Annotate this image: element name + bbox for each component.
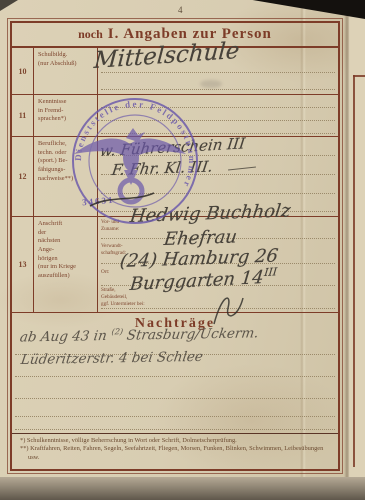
label-line: hörigen (38, 255, 95, 264)
sublabel-line: ggf. Untermieter bei: (101, 301, 145, 308)
handwriting-nachtrag-2: Lüderitzerstr. 4 bei Schlee (20, 349, 204, 368)
label-line: (nur im Kriege (38, 263, 95, 272)
header-prefix: noch (78, 27, 103, 42)
label-line: nächsten (38, 237, 95, 246)
feldpost-stamp: Dienststelle der Feldpostnummer (66, 92, 204, 230)
sublabel-line: Verwandt- (101, 243, 126, 250)
nachtrag-sup: (2) (111, 326, 124, 336)
table-surface-below-page (0, 477, 365, 500)
document-photo: 4 noch I. Angaben zur Person 10 Schulbil… (0, 0, 365, 500)
writing-line (15, 376, 335, 377)
label-line: Ange- (38, 246, 95, 255)
page-number: 4 (178, 5, 183, 15)
sublabel-ort: Ort: (101, 269, 109, 276)
row-number: 13 (12, 217, 34, 312)
footnotes: *) Schulkenntnisse, völlige Beherrschung… (12, 434, 338, 473)
row-number: 10 (12, 48, 34, 94)
page-gutter-shadow (344, 0, 350, 486)
label-line: auszufüllen) (38, 272, 95, 281)
row-label: Anschrift der nächsten Ange- hörigen (nu… (34, 217, 98, 312)
label-line: (nur Abschluß) (38, 60, 95, 69)
nachtrag-rest: Strasburg/Uckerm. (126, 325, 260, 343)
writing-line (101, 89, 335, 90)
facing-page-border-top (353, 75, 365, 77)
writing-line (15, 398, 335, 399)
strasse-etage-sup: III (264, 265, 278, 279)
row-label: Schulbildg. (nur Abschluß) (34, 48, 98, 94)
facing-page-sliver (349, 5, 365, 483)
row-number: 11 (12, 95, 34, 136)
footnote-2: **) Kraftfahren, Reiten, Fahren, Segeln,… (20, 445, 332, 462)
nachtrag-start: ab Aug 43 in (19, 328, 108, 346)
row-number: 12 (12, 137, 34, 216)
writing-line (101, 72, 335, 73)
sublabel-line: Gebäudeteil, (101, 294, 145, 301)
facing-page-border (353, 75, 355, 467)
writing-line (15, 429, 335, 430)
writing-line (101, 308, 335, 309)
writing-line (15, 416, 335, 417)
footnote-1: *) Schulkenntnisse, völlige Beherrschung… (20, 437, 332, 445)
sublabel-line: Ort: (101, 269, 109, 276)
paper-smudge (200, 80, 222, 88)
label-line: Schulbildg. (38, 51, 95, 60)
